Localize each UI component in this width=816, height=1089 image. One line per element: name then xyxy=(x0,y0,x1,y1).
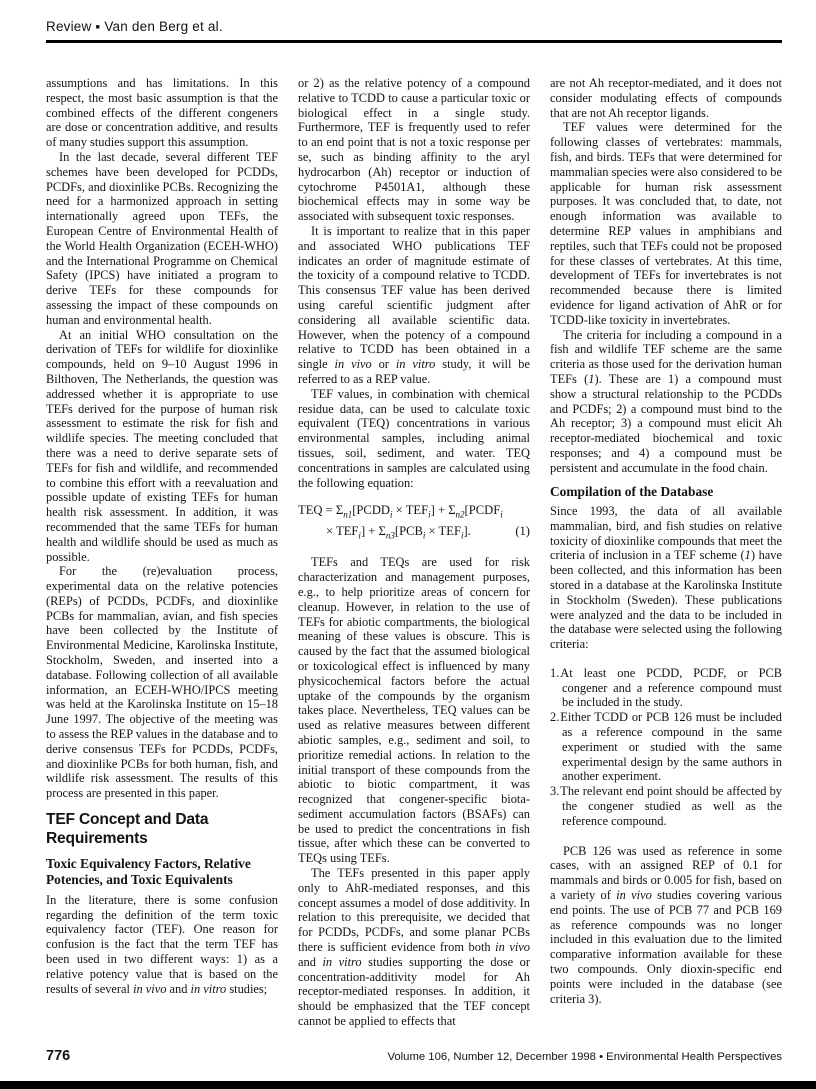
running-head: Review ▪ Van den Berg et al. xyxy=(46,19,223,34)
subsection-heading: Compilation of the Database xyxy=(550,484,782,500)
journal-citation: Volume 106, Number 12, December 1998 • E… xyxy=(387,1051,782,1063)
list-item-number: 1. xyxy=(550,666,560,680)
subsection-heading: Toxic Equivalency Factors, Relative Pote… xyxy=(46,856,278,889)
column-3: are not Ah receptor-mediated, and it doe… xyxy=(550,76,782,1044)
list-item: 2.Either TCDD or PCB 126 must be include… xyxy=(550,710,782,784)
page-footer: 776 Volume 106, Number 12, December 1998… xyxy=(46,1048,782,1064)
equation-line: × TEFi] + Σn3[PCBi × TEFi]. (1) xyxy=(298,523,530,544)
paragraph: or 2) as the relative potency of a compo… xyxy=(298,76,530,224)
equation-number: (1) xyxy=(515,523,530,544)
paragraph: The criteria for including a compound in… xyxy=(550,328,782,476)
paragraph: TEF values were determined for the follo… xyxy=(550,120,782,327)
article-body: assumptions and has limitations. In this… xyxy=(46,76,782,1044)
header-rule xyxy=(46,40,782,43)
list-item-number: 3. xyxy=(550,784,560,798)
column-1: assumptions and has limitations. In this… xyxy=(46,76,278,1044)
column-2: or 2) as the relative potency of a compo… xyxy=(298,76,530,1044)
page-number: 776 xyxy=(46,1048,70,1064)
journal-page: Review ▪ Van den Berg et al. assumptions… xyxy=(0,0,816,1089)
list-item-text: The relevant end point should be affecte… xyxy=(560,784,782,828)
paragraph: In the last decade, several different TE… xyxy=(46,150,278,328)
paragraph: Since 1993, the data of all available ma… xyxy=(550,504,782,652)
paragraph: The TEFs presented in this paper apply o… xyxy=(298,866,530,1029)
section-heading: TEF Concept and Data Requirements xyxy=(46,810,278,848)
paragraph: In the literature, there is some confusi… xyxy=(46,893,278,997)
list-item: 3.The relevant end point should be affec… xyxy=(550,784,782,828)
list-item-text: Either TCDD or PCB 126 must be included … xyxy=(560,710,782,783)
paragraph: It is important to realize that in this … xyxy=(298,224,530,387)
paragraph: For the (re)evaluation process, experime… xyxy=(46,564,278,801)
paragraph: PCB 126 was used as reference in some ca… xyxy=(550,844,782,1007)
list-item-number: 2. xyxy=(550,710,560,724)
teq-equation: TEQ = Σn1[PCDDi × TEFi] + Σn2[PCDFi × TE… xyxy=(298,502,530,543)
bottom-rule xyxy=(0,1081,816,1089)
criteria-list: 1.At least one PCDD, PCDF, or PCB congen… xyxy=(550,666,782,829)
equation-line: TEQ = Σn1[PCDDi × TEFi] + Σn2[PCDFi xyxy=(298,502,530,523)
paragraph: TEF values, in combination with chemical… xyxy=(298,387,530,491)
page-header: Review ▪ Van den Berg et al. xyxy=(46,18,782,43)
list-item-text: At least one PCDD, PCDF, or PCB congener… xyxy=(560,666,782,710)
paragraph: assumptions and has limitations. In this… xyxy=(46,76,278,150)
list-item: 1.At least one PCDD, PCDF, or PCB congen… xyxy=(550,666,782,710)
paragraph: are not Ah receptor-mediated, and it doe… xyxy=(550,76,782,120)
paragraph: At an initial WHO consultation on the de… xyxy=(46,328,278,565)
paragraph: TEFs and TEQs are used for risk characte… xyxy=(298,555,530,866)
